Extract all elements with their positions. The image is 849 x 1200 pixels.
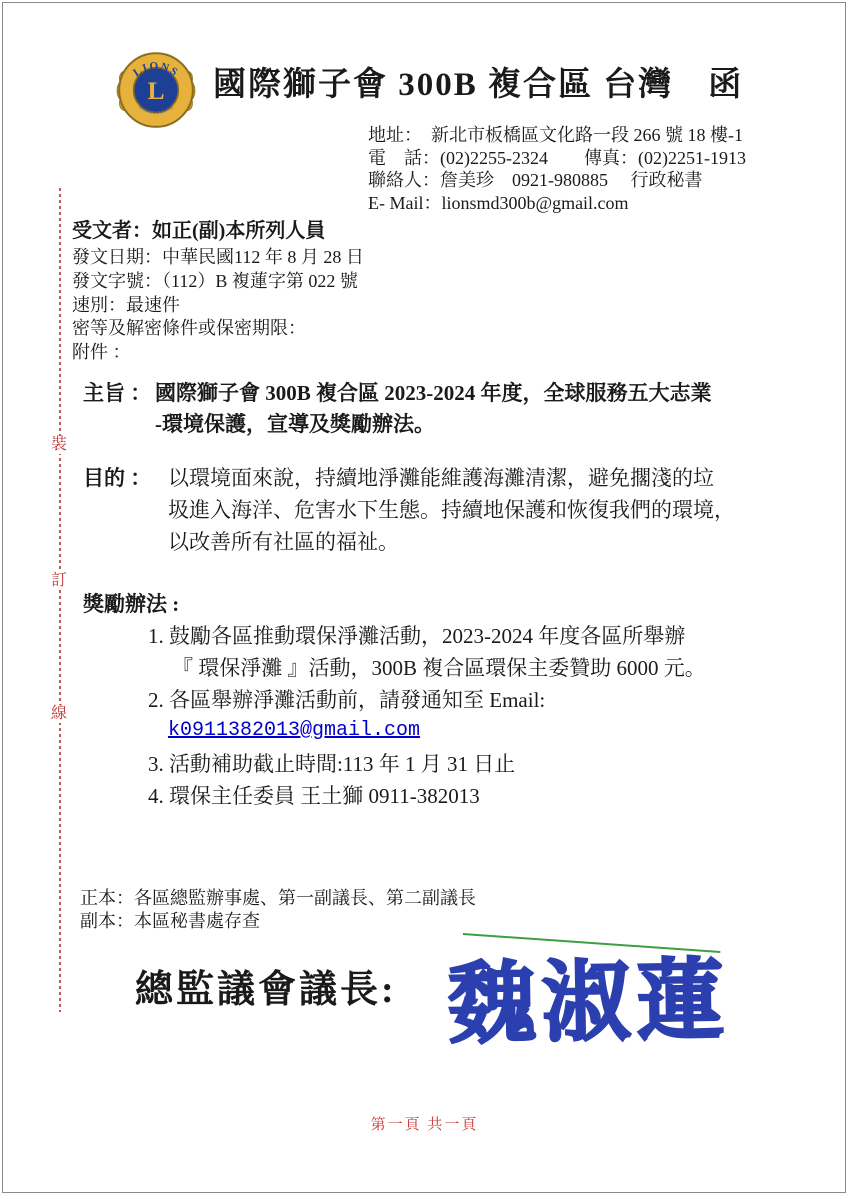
reward-heading: 獎勵辦法 : [83,588,179,618]
contact-person: 聯絡人：詹美珍 0921-980885 行政秘書 [368,169,788,192]
signature-title-label: 總監議會議長: [135,958,397,1013]
contact-info-block: 地址： 新北市板橋區文化路一段 266 號 18 樓-1 電 話：(02)225… [368,124,788,214]
page-number-footer: 第一頁 共一頁 [0,1113,849,1134]
binding-char-ding: 訂 [45,572,73,590]
contact-address: 地址： 新北市板橋區文化路一段 266 號 18 樓-1 [368,124,788,147]
contact-phone-fax: 電 話：(02)2255-2324 傳真：(02)2251-1913 [368,147,788,170]
reward-item3: 3. 活動補助截止時間:113 年 1 月 31 日止 [148,748,515,778]
cc-copy-line: 副本：本區秘書處存查 [80,907,260,933]
contact-email: E- Mail：lionsmd300b@gmail.com [368,192,788,215]
purpose-text-line3: 以改善所有社區的福祉。 [168,526,399,556]
security-grade-line: 密等及解密條件或保密期限： [72,314,306,340]
purpose-label: 目的 ： [83,462,151,492]
attachment-line: 附件 ： [72,338,131,364]
email-link[interactable]: k0911382013@gmail.com [168,719,420,742]
purpose-text-line2: 圾進入海洋、危害水下生態。持續地保護和恢復我們的環境， [168,494,735,524]
reward-item2-email-wrap: k0911382013@gmail.com [168,716,420,742]
subject-text-line1: 國際獅子會 300B 複合區 2023-2024 年度，全球服務五大志業 [155,377,712,407]
binding-char-xian: 線 [45,705,73,723]
subject-text-line2: -環境保護，宣導及獎勵辦法。 [155,408,435,438]
reward-item1-line2: 『 環保淨灘 』活動，300B 複合區環保主委贊助 6000 元。 [172,652,706,682]
reward-item2-line1: 2. 各區舉辦淨灘活動前，請發通知至 Email: [148,684,545,714]
reference-number-line: 發文字號：（112）B 複蓮字第 022 號 [72,267,358,293]
recipient-line: 受文者：如正(副)本所列人員 [72,214,325,243]
reward-item1-line1: 1. 鼓勵各區推動環保淨灘活動，2023-2024 年度各區所舉辦 [148,620,685,650]
purpose-text-line1: 以環境面來說，持續地淨灘能維護海灘清潔，避免擱淺的垃 [168,462,714,492]
issue-date-line: 發文日期：中華民國112 年 8 月 28 日 [72,243,364,269]
svg-text:L: L [147,76,164,105]
document-title: 國際獅子會 300B 複合區 台灣 函 [213,58,773,105]
reward-item4: 4. 環保主任委員 王土獅 0911-382013 [148,780,480,810]
subject-label: 主旨 ： [83,377,151,407]
binding-dotted-line [59,188,61,1012]
letter-page: 裝 訂 線 L LIONS INTERNATIONAL 國際獅子會 300B 複… [0,0,849,1200]
lions-club-logo-icon: L LIONS INTERNATIONAL [116,50,196,130]
chairperson-signature: 魏淑蓮 [447,929,779,1061]
binding-char-zhuang: 裝 [45,436,73,454]
